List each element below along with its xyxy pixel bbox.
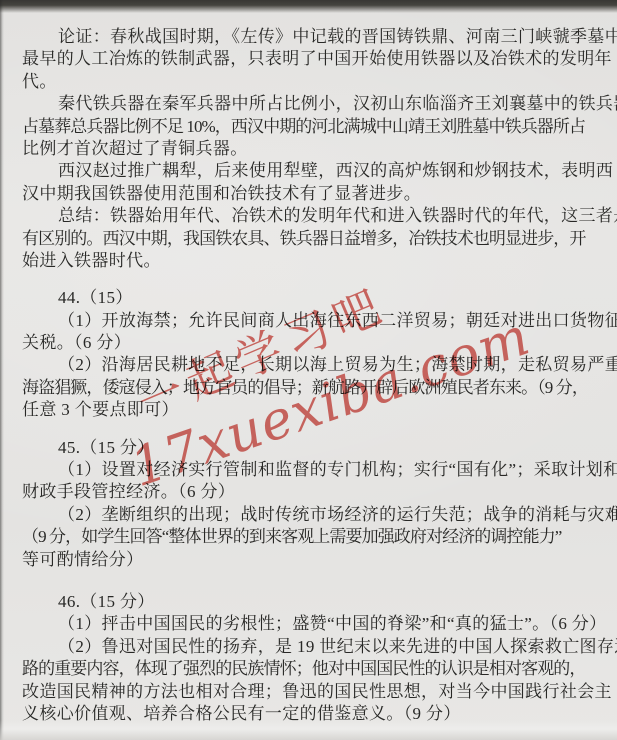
text-line: 最早的人工冶炼的铁制武器，只表明了中国开始使用铁器以及冶铁术的发明年 — [22, 48, 597, 70]
text-line: 有区别的。西汉中期，我国铁农具、铁兵器日益增多，冶铁技术也明显进步，开 — [22, 228, 597, 250]
text-line: 秦代铁兵器在秦军兵器中所占比例小，汉初山东临淄齐王刘襄墓中的铁兵器 — [22, 93, 597, 115]
answer-46-block: 46.（15 分）（1）抨击中国国民的劣根性；盛赞“中国的脊梁”和“真的猛士”。… — [22, 591, 597, 725]
scan-edge-top — [0, 0, 617, 13]
text-line: 代。 — [22, 71, 597, 93]
text-line: 44.（15） — [22, 287, 597, 309]
answer-44-block: 44.（15）（1）开放海禁；允许民间商人出海往东西二洋贸易；朝廷对进出口货物征… — [22, 287, 597, 421]
text-line: 45.（15 分） — [22, 437, 597, 459]
text-line: （2）鲁迅对国民性的扬弃，是 19 世纪末以来先进的中国人探索救亡图存道 — [22, 636, 597, 658]
text-line: 西汉赵过推广耦犁，后来使用犁壁，西汉的高炉炼钢和炒钢技术，表明西 — [22, 160, 597, 182]
text-line: 比例才首次超过了青铜兵器。 — [22, 138, 597, 160]
text-line: 等可酌情给分） — [22, 549, 597, 571]
text-line: （1）开放海禁；允许民间商人出海往东西二洋贸易；朝廷对进出口货物征收 — [22, 310, 597, 332]
text-line: 义核心价值观、培养合格公民有一定的借鉴意义。（9 分） — [22, 703, 597, 725]
paragraph-argument: 论证：春秋战国时期，《左传》中记载的晋国铸铁鼎、河南三门峡虢季墓中最早的人工冶炼… — [22, 26, 597, 93]
scanned-page: 论证：春秋战国时期，《左传》中记载的晋国铸铁鼎、河南三门峡虢季墓中最早的人工冶炼… — [0, 0, 617, 740]
text-line: （1）抨击中国国民的劣根性；盛赞“中国的脊梁”和“真的猛士”。（6 分） — [22, 613, 597, 635]
answer-45-block: 45.（15 分）（1）设置对经济实行管制和监督的专门机构；实行“国有化”；采取… — [22, 437, 597, 571]
paragraph-summary: 总结：铁器始用年代、冶铁术的发明年代和进入铁器时代的年代，这三者是有区别的。西汉… — [22, 205, 597, 272]
text-line: 路的重要内容，体现了强烈的民族情怀；他对中国国民性的认识是相对客观的， — [22, 658, 597, 680]
text-line: 改造国民精神的方法也相对合理；鲁迅的国民性思想，对当今中国践行社会主 — [22, 681, 597, 703]
text-line: 占墓葬总兵器比例不足 10%，西汉中期的河北满城中山靖王刘胜墓中铁兵器所占 — [22, 116, 597, 138]
text-line: 海盗猖獗，倭寇侵入；地方官员的倡导；新航路开辟后欧洲殖民者东来。（9 分， — [22, 377, 597, 399]
text-line: 汉中期我国铁器使用范围和冶铁技术有了显著进步。 — [22, 183, 597, 205]
paragraph-qin-iron: 秦代铁兵器在秦军兵器中所占比例小，汉初山东临淄齐王刘襄墓中的铁兵器占墓葬总兵器比… — [22, 93, 597, 160]
text-line: （2）垄断组织的出现；战时传统市场经济的运行失范；战争的消耗与灾难。 — [22, 504, 597, 526]
text-line: 财政手段管控经济。（6 分） — [22, 481, 597, 503]
text-line: 关税。（6 分） — [22, 332, 597, 354]
text-line: （1）设置对经济实行管制和监督的专门机构；实行“国有化”；采取计划和 — [22, 459, 597, 481]
document-text: 论证：春秋战国时期，《左传》中记载的晋国铸铁鼎、河南三门峡虢季墓中最早的人工冶炼… — [22, 26, 597, 725]
text-line: 任意 3 个要点即可） — [22, 399, 597, 421]
text-line: 总结：铁器始用年代、冶铁术的发明年代和进入铁器时代的年代，这三者是 — [22, 205, 597, 227]
paragraph-xihan: 西汉赵过推广耦犁，后来使用犁壁，西汉的高炉炼钢和炒钢技术，表明西汉中期我国铁器使… — [22, 160, 597, 205]
text-line: （2）沿海居民耕地不足，长期以海上贸易为生；海禁时期，走私贸易严重， — [22, 354, 597, 376]
text-line: 46.（15 分） — [22, 591, 597, 613]
text-line: 始进入铁器时代。 — [22, 250, 597, 272]
scan-edge-left — [0, 0, 4, 740]
text-line: 论证：春秋战国时期，《左传》中记载的晋国铸铁鼎、河南三门峡虢季墓中 — [22, 26, 597, 48]
text-line: （9 分，如学生回答“整体世界的到来客观上需要加强政府对经济的调控能力” — [22, 526, 597, 548]
